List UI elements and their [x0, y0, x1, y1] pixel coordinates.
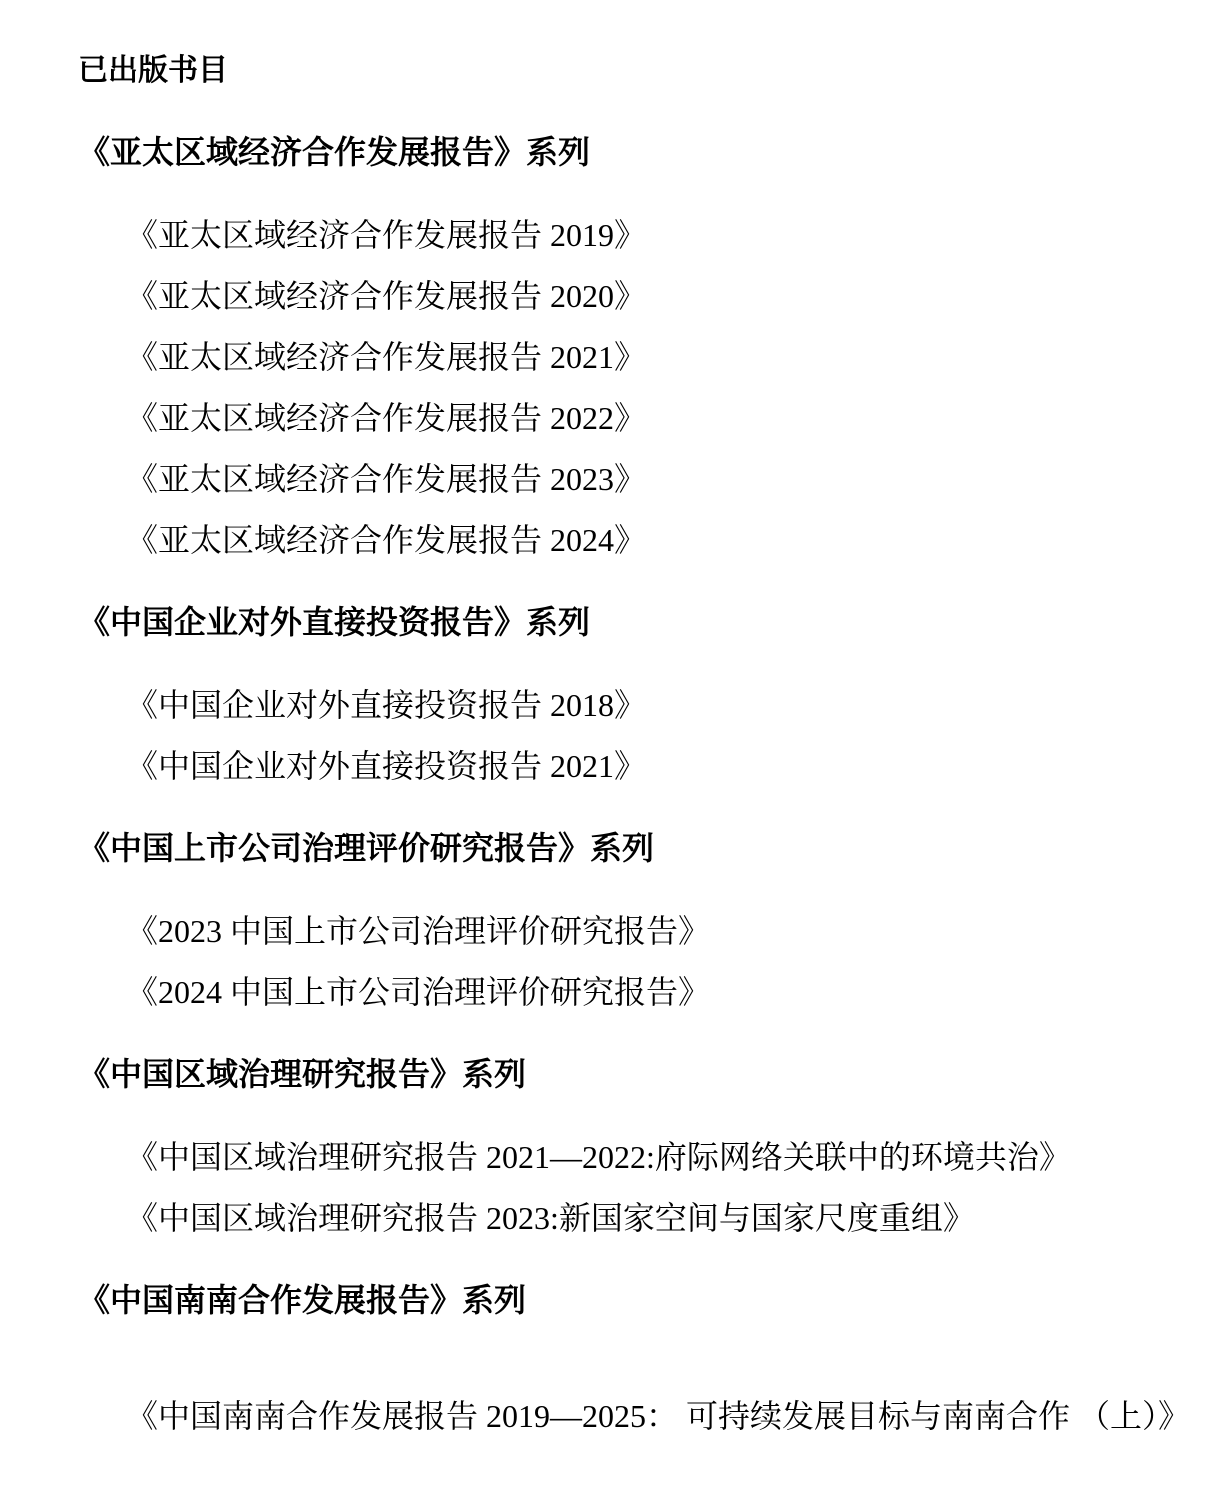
- book-item: 《亚太区域经济合作发展报告 2020》: [126, 276, 1202, 316]
- book-item: 《亚太区域经济合作发展报告 2021》: [126, 337, 1202, 377]
- book-item: 《中国企业对外直接投资报告 2021》: [126, 746, 1202, 786]
- book-series-section: 《亚太区域经济合作发展报告》系列《亚太区域经济合作发展报告 2019》《亚太区域…: [78, 132, 1202, 560]
- book-series-section: 《中国上市公司治理评价研究报告》系列《2023 中国上市公司治理评价研究报告》《…: [78, 828, 1202, 1012]
- book-item: 《2023 中国上市公司治理评价研究报告》: [126, 911, 1202, 951]
- book-item: 《亚太区域经济合作发展报告 2024》: [126, 520, 1202, 560]
- series-heading: 《中国区域治理研究报告》系列: [78, 1054, 1202, 1094]
- book-item: 《2024 中国上市公司治理评价研究报告》: [126, 972, 1202, 1012]
- series-heading: 《中国南南合作发展报告》系列: [78, 1280, 1202, 1320]
- book-series-list: 《亚太区域经济合作发展报告》系列《亚太区域经济合作发展报告 2019》《亚太区域…: [78, 132, 1202, 1436]
- book-series-section: 《中国南南合作发展报告》系列《中国南南合作发展报告 2019—2025： 可持续…: [78, 1280, 1202, 1436]
- book-series-section: 《中国区域治理研究报告》系列《中国区域治理研究报告 2021—2022:府际网络…: [78, 1054, 1202, 1238]
- book-item: 《中国企业对外直接投资报告 2018》: [126, 685, 1202, 725]
- book-item: 《中国南南合作发展报告 2019—2025： 可持续发展目标与南南合作 （上）》: [126, 1396, 1202, 1436]
- book-item: 《中国区域治理研究报告 2023:新国家空间与国家尺度重组》: [126, 1198, 1202, 1238]
- book-item: 《亚太区域经济合作发展报告 2019》: [126, 215, 1202, 255]
- document-title: 已出版书目: [78, 52, 1202, 90]
- book-item: 《中国区域治理研究报告 2021—2022:府际网络关联中的环境共治》: [126, 1137, 1202, 1177]
- book-item: 《亚太区域经济合作发展报告 2022》: [126, 398, 1202, 438]
- book-series-section: 《中国企业对外直接投资报告》系列《中国企业对外直接投资报告 2018》《中国企业…: [78, 602, 1202, 786]
- series-heading: 《亚太区域经济合作发展报告》系列: [78, 132, 1202, 172]
- series-heading: 《中国企业对外直接投资报告》系列: [78, 602, 1202, 642]
- book-item: 《亚太区域经济合作发展报告 2023》: [126, 459, 1202, 499]
- document-page: 已出版书目 《亚太区域经济合作发展报告》系列《亚太区域经济合作发展报告 2019…: [0, 0, 1232, 1496]
- series-heading: 《中国上市公司治理评价研究报告》系列: [78, 828, 1202, 868]
